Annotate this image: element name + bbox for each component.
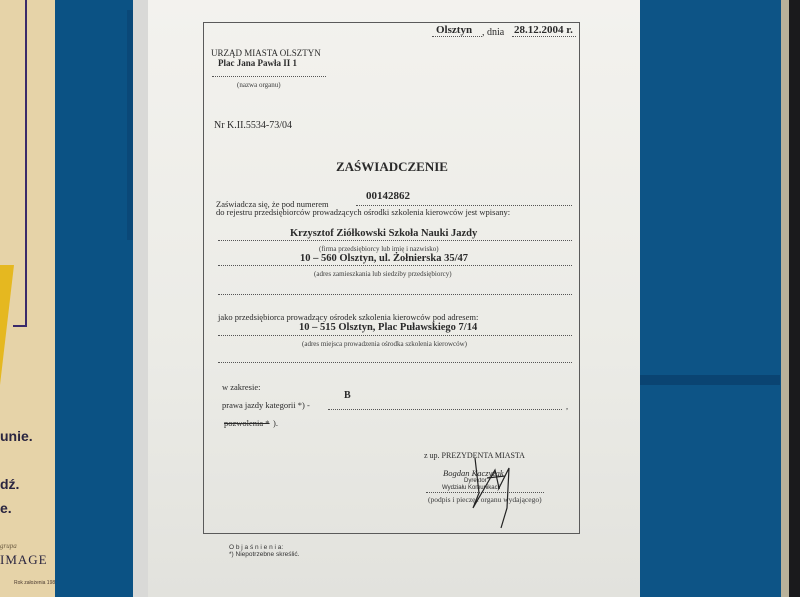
center-address: 10 – 515 Olsztyn, Plac Puławskiego 7/14 [299, 322, 477, 333]
company-line [218, 240, 572, 241]
reference-number: Nr K.II.5534-73/04 [214, 120, 292, 131]
company-caption: (firma przedsiębiorcy lub imię i nazwisk… [319, 245, 439, 253]
poster-year: Rok założenia 1989 [14, 580, 58, 586]
company-address: 10 – 560 Olsztyn, ul. Żołnierska 35/47 [300, 253, 468, 264]
category-line [328, 409, 562, 410]
issuer-line1: URZĄD MIASTA OLSZTYN [211, 48, 321, 58]
poster-text-2: dź. [0, 476, 19, 492]
frame-rail [781, 0, 789, 597]
background-poster: unie. dź. e. grupa IMAGE Rok założenia 1… [0, 0, 62, 597]
category-end: , [566, 401, 568, 411]
poster-brand-small: grupa [0, 542, 17, 550]
frame-edge [789, 0, 800, 597]
poster-text-3: e. [0, 500, 12, 516]
company-address-caption: (adres zamieszkania lub siedziby przedsi… [314, 270, 452, 278]
permit-end: ). [273, 418, 278, 428]
date-line [512, 36, 576, 37]
intro-line2: do rejestru przedsiębiorców prowadzących… [216, 207, 510, 217]
notes-text: *) Niepotrzebne skreślić. [229, 551, 299, 558]
blue-panel-right [636, 0, 786, 597]
center-address-line [218, 335, 572, 336]
registry-line [356, 205, 572, 206]
center-intro: jako przedsiębiorca prowadzący ośrodek s… [218, 312, 478, 322]
blue-band [630, 375, 780, 385]
category-label: prawa jazdy kategorii *) - [222, 400, 310, 410]
center-address-caption: (adres miejsca prowadzenia ośrodka szkol… [302, 340, 467, 348]
blank-line-1 [218, 294, 572, 295]
place-line [432, 36, 482, 37]
issuer-caption: (nazwa organu) [237, 81, 281, 89]
certificate-title: ZAŚWIADCZENIE [336, 159, 448, 175]
poster-frame [13, 0, 27, 327]
scope-label: w zakresie: [222, 382, 260, 392]
issuer-line2: Plac Jana Pawła II 1 [218, 58, 297, 68]
company-name: Krzysztof Ziółkowski Szkoła Nauki Jazdy [290, 228, 477, 239]
address-line [218, 265, 572, 266]
signature-icon [465, 448, 525, 538]
poster-text-1: unie. [0, 428, 33, 444]
star-icon [0, 265, 14, 385]
category-value: B [344, 390, 351, 401]
blank-line-2 [218, 362, 572, 363]
issuer-line [212, 76, 326, 77]
poster-brand: IMAGE [0, 552, 48, 568]
registry-number: 00142862 [366, 190, 410, 202]
place: Olsztyn [436, 24, 472, 36]
date-prefix: , dnia [482, 27, 504, 38]
permit-label: pozwolenia * [224, 418, 270, 428]
date: 28.12.2004 r. [514, 24, 573, 36]
notes-heading: O b j a ś n i e n i a: [229, 544, 283, 551]
